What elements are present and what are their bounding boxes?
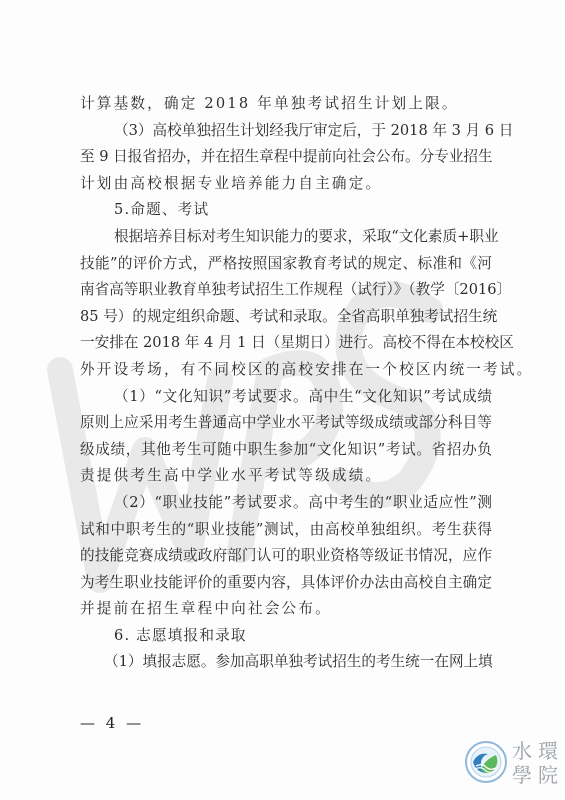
section-heading: 5.命题、考试 bbox=[80, 197, 492, 224]
section-heading: 6. 志愿填报和录取 bbox=[80, 623, 492, 650]
logo-char: 院 bbox=[535, 763, 561, 787]
school-logo: 水 環 學 院 bbox=[464, 737, 564, 792]
school-name-chars: 水 環 學 院 bbox=[509, 739, 564, 787]
page-number: — 4 — bbox=[80, 714, 144, 732]
text-line: 85 号）的规定组织命题、考试和录取。全省高职单独考试招生统 bbox=[80, 304, 492, 331]
text-line: （2）“职业技能”考试要求。高中考生的“职业适应性”测 bbox=[80, 490, 492, 517]
text-line: 计划由高校根据专业培养能力自主确定。 bbox=[80, 171, 492, 198]
text-line: 为考生职业技能评价的重要内容，具体评价办法由高校自主确定 bbox=[80, 570, 492, 597]
text-line: 根据培养目标对考生知识能力的要求，采取“文化素质+职业 bbox=[80, 224, 492, 251]
school-emblem-icon bbox=[464, 740, 508, 784]
text-line: 南省高等职业教育单独考试招生工作规程（试行）》（教学〔2016〕 bbox=[80, 277, 492, 304]
text-line: 技能”的评价方式，严格按照国家教育考试的规定、标准和《河 bbox=[80, 251, 492, 278]
text-line: （1）填报志愿。参加高职单独考试招生的考生统一在网上填 bbox=[80, 649, 492, 676]
text-line: 责提供考生高中学业水平考试等级成绩。 bbox=[80, 463, 492, 490]
text-line: 级成绩，其他考生可随中职生参加“文化知识”考试。省招办负 bbox=[80, 437, 492, 464]
text-line: 至 9 日报省招办，并在招生章程中提前向社会公布。分专业招生 bbox=[80, 144, 492, 171]
logo-char: 環 bbox=[535, 739, 561, 763]
text-line: （1）“文化知识”考试要求。高中生“文化知识”考试成绩 bbox=[80, 384, 492, 411]
text-line: 一安排在 2018 年 4 月 1 日（星期日）进行。高校不得在本校校区 bbox=[80, 330, 492, 357]
text-line: （3）高校单独招生计划经我厅审定后，于 2018 年 3 月 6 日 bbox=[80, 118, 492, 145]
logo-char: 水 bbox=[509, 739, 535, 763]
text-line: 外开设考场，有不同校区的高校安排在一个校区内统一考试。 bbox=[80, 357, 492, 384]
text-line: 并提前在招生章程中向社会公布。 bbox=[80, 596, 492, 623]
document-page: 计算基数，确定 2018 年单独考试招生计划上限。（3）高校单独招生计划经我厅审… bbox=[0, 0, 565, 800]
text-line: 原则上应采用考生普通高中学业水平考试等级成绩或部分科目等 bbox=[80, 410, 492, 437]
document-body: 计算基数，确定 2018 年单独考试招生计划上限。（3）高校单独招生计划经我厅审… bbox=[80, 91, 492, 676]
text-line: 试和中职考生的“职业技能”测试，由高校单独组织。考生获得 bbox=[80, 517, 492, 544]
text-line: 计算基数，确定 2018 年单独考试招生计划上限。 bbox=[80, 91, 492, 118]
logo-char: 學 bbox=[509, 763, 535, 787]
text-line: 的技能竞赛成绩或政府部门认可的职业资格等级证书情况，应作 bbox=[80, 543, 492, 570]
